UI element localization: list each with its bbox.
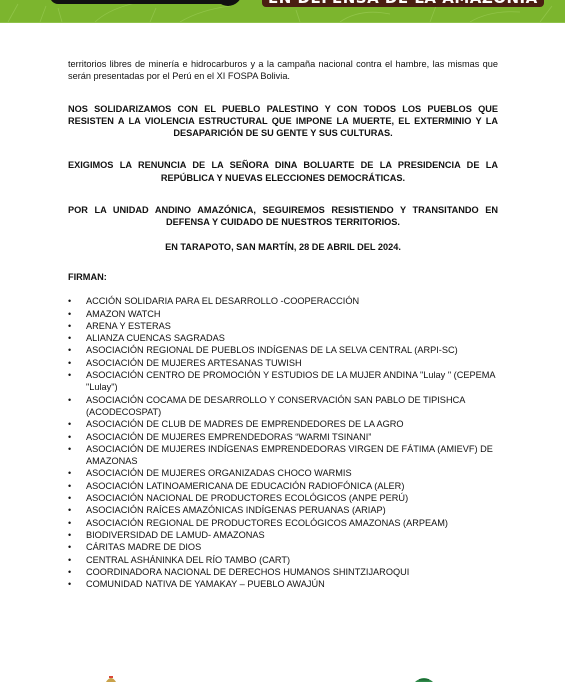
document-body: territorios libres de minería e hidrocar… bbox=[68, 58, 498, 590]
solidarity-statement: NOS SOLIDARIZAMOS CON EL PUEBLO PALESTIN… bbox=[68, 103, 498, 140]
signer-list-item: CENTRAL ASHÁNINKA DEL RÍO TAMBO (CART) bbox=[68, 554, 498, 566]
signer-list-item: ASOCIACIÓN LATINOAMERICANA DE EDUCACIÓN … bbox=[68, 480, 498, 492]
signer-list-item: CÁRITAS MADRE DE DIOS bbox=[68, 541, 498, 553]
signer-list-item: ACCIÓN SOLIDARIA PARA EL DESARROLLO -COO… bbox=[68, 295, 498, 307]
signer-list-item: ASOCIACIÓN NACIONAL DE PRODUCTORES ECOLÓ… bbox=[68, 492, 498, 504]
signer-list-item: ASOCIACIÓN CENTRO DE PROMOCIÓN Y ESTUDIO… bbox=[68, 369, 498, 394]
signer-list-item: ALIANZA CUENCAS SAGRADAS bbox=[68, 332, 498, 344]
intro-paragraph: territorios libres de minería e hidrocar… bbox=[68, 58, 498, 83]
signer-list-item: ASOCIACIÓN DE CLUB DE MADRES DE EMPRENDE… bbox=[68, 418, 498, 430]
unity-statement: POR LA UNIDAD ANDINO AMAZÓNICA, SEGUIREM… bbox=[68, 204, 498, 229]
signer-list-item: ASOCIACIÓN DE MUJERES ORGANIZADAS CHOCO … bbox=[68, 467, 498, 479]
signers-heading: FIRMAN: bbox=[68, 271, 498, 283]
signer-list-item: ASOCIACIÓN REGIONAL DE PRODUCTORES ECOLÓ… bbox=[68, 517, 498, 529]
signer-list-item: ASOCIACIÓN DE MUJERES INDÍGENAS EMPRENDE… bbox=[68, 443, 498, 468]
demand-statement: EXIGIMOS LA RENUNCIA DE LA SEÑORA DINA B… bbox=[68, 159, 498, 184]
signer-list-item: COMUNIDAD NATIVA DE YAMAKAY – PUEBLO AWA… bbox=[68, 578, 498, 590]
signer-list-item: BIODIVERSIDAD DE LAMUD- AMAZONAS bbox=[68, 529, 498, 541]
banner-tagline: EN DEFENSA DE LA AMAZONÍA bbox=[262, 0, 544, 7]
signer-list-item: ASOCIACIÓN RAÍCES AMAZÓNICAS INDÍGENAS P… bbox=[68, 504, 498, 516]
green-emblem-icon bbox=[413, 674, 435, 682]
signer-list-item: ARENA Y ESTERAS bbox=[68, 320, 498, 332]
signer-list-item: ASOCIACIÓN DE MUJERES ARTESANAS TUWISH bbox=[68, 357, 498, 369]
place-and-date: EN TARAPOTO, SAN MARTÍN, 28 DE ABRIL DEL… bbox=[68, 241, 498, 253]
signer-list-item: AMAZON WATCH bbox=[68, 308, 498, 320]
signers-list: ACCIÓN SOLIDARIA PARA EL DESARROLLO -COO… bbox=[68, 295, 498, 590]
campaign-logo-wordmark bbox=[50, 0, 240, 4]
signer-list-item: ASOCIACIÓN REGIONAL DE PUEBLOS INDÍGENAS… bbox=[68, 344, 498, 356]
signer-list-item: ASOCIACIÓN COCAMA DE DESARROLLO Y CONSER… bbox=[68, 394, 498, 419]
signer-list-item: COORDINADORA NACIONAL DE DERECHOS HUMANO… bbox=[68, 566, 498, 578]
signer-list-item: ASOCIACIÓN DE MUJERES EMPRENDEDORAS “WAR… bbox=[68, 431, 498, 443]
crest-logo-icon bbox=[104, 674, 118, 682]
header-banner: EN DEFENSA DE LA AMAZONÍA bbox=[0, 0, 565, 23]
